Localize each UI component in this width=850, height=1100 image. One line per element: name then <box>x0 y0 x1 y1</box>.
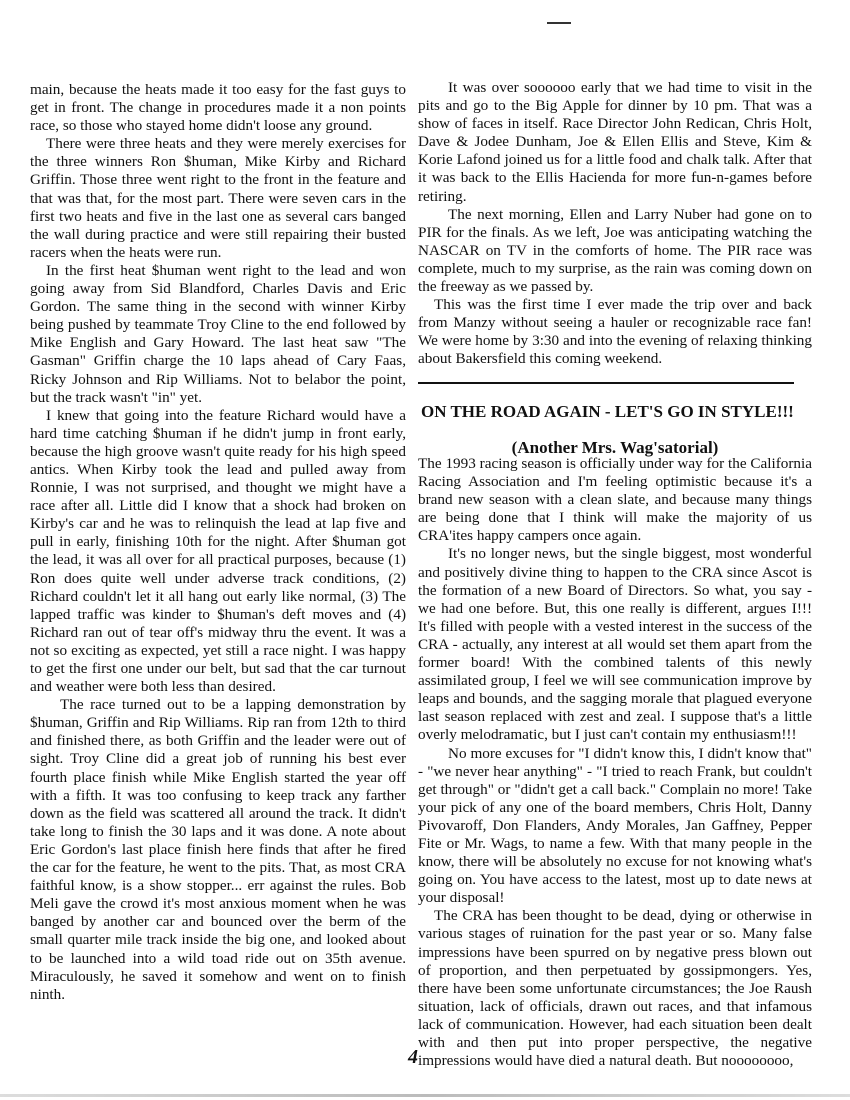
paragraph: In the first heat $human went right to t… <box>30 262 406 407</box>
paragraph: The 1993 racing season is officially und… <box>418 455 812 545</box>
paragraph: There were three heats and they were mer… <box>30 135 406 262</box>
paragraph: It's no longer news, but the single bigg… <box>418 545 812 744</box>
left-column: main, because the heats made it too easy… <box>30 81 406 1004</box>
paragraph: The race turned out to be a lapping demo… <box>30 696 406 1004</box>
paragraph: No more excuses for "I didn't know this,… <box>418 745 812 908</box>
paragraph: I knew that going into the feature Richa… <box>30 407 406 697</box>
paragraph: It was over soooooo early that we had ti… <box>418 79 812 206</box>
article-separator-rule <box>418 382 794 384</box>
page-number: 4 <box>408 1046 418 1069</box>
right-column-article1: It was over soooooo early that we had ti… <box>418 79 812 369</box>
right-column-article2: The 1993 racing season is officially und… <box>418 455 812 1070</box>
page-bottom-edge <box>0 1094 850 1097</box>
paragraph: This was the first time I ever made the … <box>418 296 812 368</box>
top-page-mark <box>547 22 571 24</box>
paragraph: The next morning, Ellen and Larry Nuber … <box>418 206 812 296</box>
paragraph: The CRA has been thought to be dead, dyi… <box>418 907 812 1070</box>
paragraph: main, because the heats made it too easy… <box>30 81 406 135</box>
article-heading: ON THE ROAD AGAIN - LET'S GO IN STYLE!!! <box>421 401 821 423</box>
